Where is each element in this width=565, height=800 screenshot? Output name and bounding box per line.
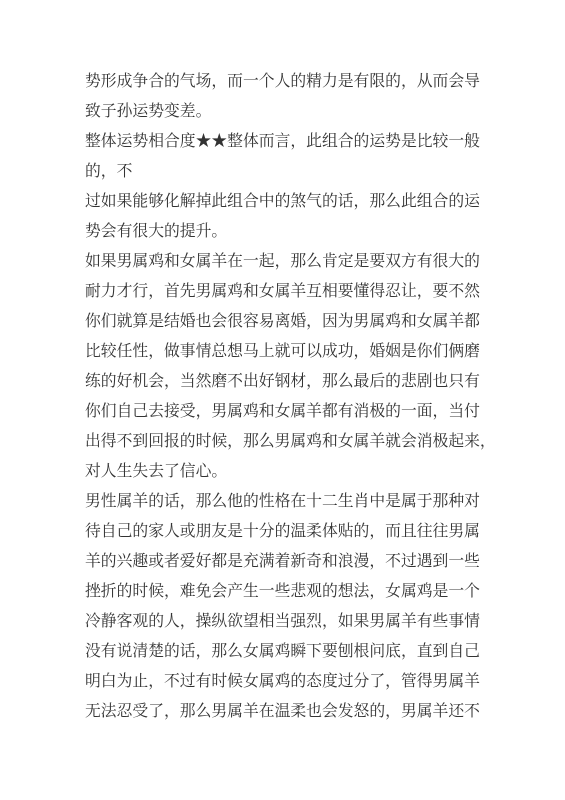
- text-line: 羊的兴趣或者爱好都是充满着新奇和浪漫，不过遇到一些: [85, 546, 485, 576]
- text-line: 耐力才行，首先男属鸡和女属羊互相要懂得忍让，要不然: [85, 276, 485, 306]
- document-page: 势形成争合的气场，而一个人的精力是有限的，从而会导致子孙运势变差。整体运势相合度…: [0, 0, 565, 800]
- text-line: 如果男属鸡和女属羊在一起，那么肯定是要双方有很大的: [85, 246, 485, 276]
- text-line: 致子孙运势变差。: [85, 96, 485, 126]
- text-line: 男性属羊的话，那么他的性格在十二生肖中是属于那种对: [85, 486, 485, 516]
- text-line: 势形成争合的气场，而一个人的精力是有限的，从而会导: [85, 66, 485, 96]
- text-line: 练的好机会，当然磨不出好钢材，那么最后的悲剧也只有: [85, 366, 485, 396]
- text-line: 无法忍受了，那么男属羊在温柔也会发怒的，男属羊还不: [85, 696, 485, 726]
- text-line: 挫折的时候，难免会产生一些悲观的想法，女属鸡是一个: [85, 576, 485, 606]
- text-line: 冷静客观的人，操纵欲望相当强烈，如果男属羊有些事情: [85, 606, 485, 636]
- text-line: 待自己的家人或朋友是十分的温柔体贴的，而且往往男属: [85, 516, 485, 546]
- text-line: 明白为止，不过有时候女属鸡的态度过分了，管得男属羊: [85, 666, 485, 696]
- text-line: 势会有很大的提升。: [85, 216, 485, 246]
- text-line: 比较任性，做事情总想马上就可以成功，婚姻是你们俩磨: [85, 336, 485, 366]
- text-line: 过如果能够化解掉此组合中的煞气的话，那么此组合的运: [85, 186, 485, 216]
- text-line: 你们自己去接受，男属鸡和女属羊都有消极的一面，当付: [85, 396, 485, 426]
- document-text: 势形成争合的气场，而一个人的精力是有限的，从而会导致子孙运势变差。整体运势相合度…: [85, 66, 485, 726]
- text-line: 没有说清楚的话，那么女属鸡瞬下要刨根问底，直到自己: [85, 636, 485, 666]
- text-line: 你们就算是结婚也会很容易离婚，因为男属鸡和女属羊都: [85, 306, 485, 336]
- text-line: 出得不到回报的时候，那么男属鸡和女属羊就会消极起来，: [85, 426, 485, 456]
- text-line: 对人生失去了信心。: [85, 456, 485, 486]
- text-line: 整体运势相合度★★整体而言，此组合的运势是比较一般: [85, 126, 485, 156]
- text-line: 的，不: [85, 156, 485, 186]
